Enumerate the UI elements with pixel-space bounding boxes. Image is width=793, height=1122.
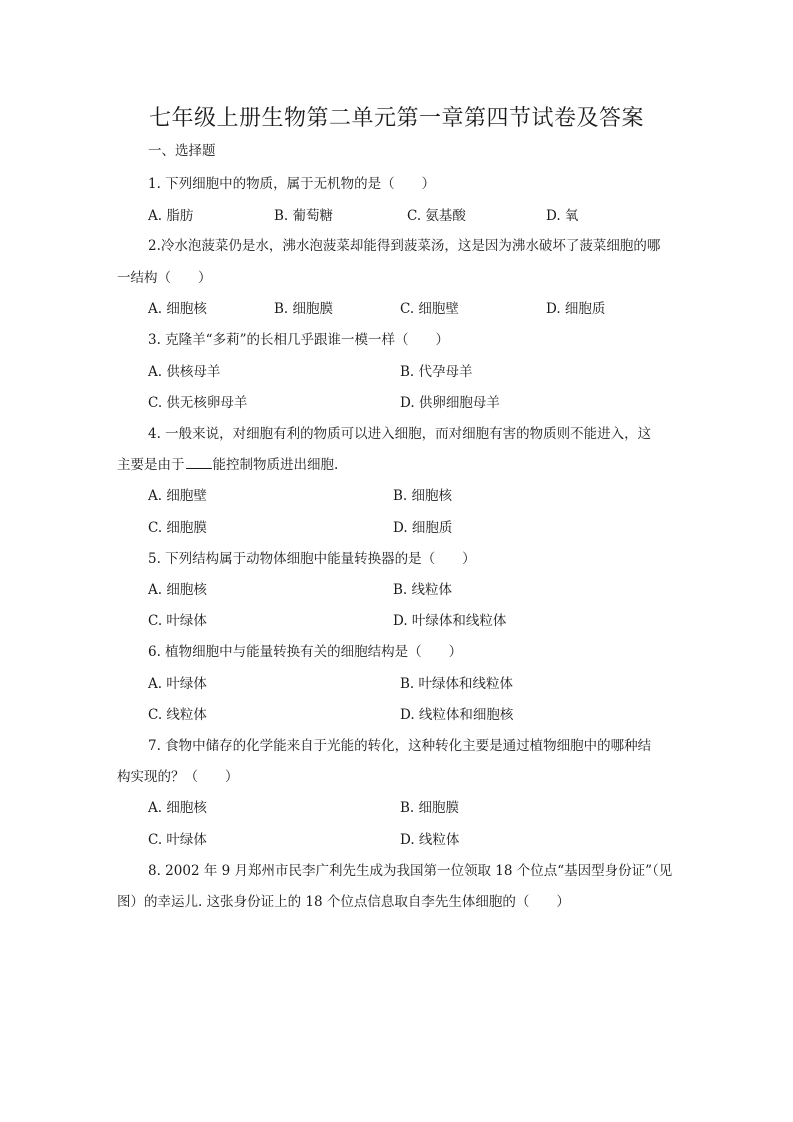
question-8-text-line1: 8. 2002 年 9 月郑州市民李广利先生成为我国第一位领取 18 个位点“基… — [148, 859, 672, 879]
q1-option-b: B. 葡萄糖 — [274, 204, 333, 224]
question-4-text-line1: 4. 一般来说，对细胞有利的物质可以进入细胞，而对细胞有害的物质则不能进入，这 — [148, 422, 651, 442]
q6-option-b: B. 叶绿体和线粒体 — [400, 672, 513, 692]
q2-option-c: C. 细胞壁 — [400, 297, 459, 317]
question-8-text-line2: 图）的幸运儿. 这张身份证上的 18 个位点信息取自李先生体细胞的（ ） — [117, 890, 570, 910]
q7-option-a: A. 细胞核 — [148, 796, 207, 816]
q2-option-d: D. 细胞质 — [546, 297, 605, 317]
q4-option-d: D. 细胞质 — [393, 516, 452, 536]
q6-option-c: C. 线粒体 — [148, 703, 207, 723]
q7-option-b: B. 细胞膜 — [400, 796, 459, 816]
question-7-text-line2: 构实现的？（ ） — [117, 765, 239, 785]
question-4-text-prefix: 主要是由于 — [117, 457, 185, 473]
q4-option-c: C. 细胞膜 — [148, 516, 207, 536]
document-title: 七年级上册生物第二单元第一章第四节试卷及答案 — [0, 101, 793, 132]
q4-option-a: A. 细胞壁 — [148, 484, 207, 504]
question-6-text: 6. 植物细胞中与能量转换有关的细胞结构是（ ） — [148, 640, 462, 660]
question-4-text-suffix: 能控制物质进出细胞. — [213, 457, 339, 473]
q2-option-b: B. 细胞膜 — [274, 297, 333, 317]
q4-option-b: B. 细胞核 — [393, 484, 452, 504]
q3-option-d: D. 供卵细胞母羊 — [400, 391, 500, 411]
question-3-text: 3. 克隆羊“多莉”的长相几乎跟谁一模一样（ ） — [148, 328, 449, 348]
q5-option-b: B. 线粒体 — [393, 578, 452, 598]
question-4-text-line2: 主要是由于能控制物质进出细胞. — [117, 453, 338, 473]
q7-option-c: C. 叶绿体 — [148, 828, 207, 848]
q7-option-d: D. 线粒体 — [400, 828, 459, 848]
q1-option-d: D. 氧 — [546, 204, 578, 224]
fill-in-blank — [186, 456, 212, 469]
q5-option-d: D. 叶绿体和线粒体 — [393, 609, 506, 629]
question-2-text-line1: 2.冷水泡菠菜仍是水，沸水泡菠菜却能得到菠菜汤，这是因为沸水破坏了菠菜细胞的哪 — [148, 234, 660, 254]
question-7-text-line1: 7. 食物中储存的化学能来自于光能的转化，这种转化主要是通过植物细胞中的哪种结 — [148, 734, 651, 754]
section-heading: 一、选择题 — [148, 139, 216, 159]
q1-option-a: A. 脂肪 — [148, 204, 193, 224]
q3-option-b: B. 代孕母羊 — [400, 360, 473, 380]
q5-option-c: C. 叶绿体 — [148, 609, 207, 629]
q6-option-a: A. 叶绿体 — [148, 672, 207, 692]
q3-option-a: A. 供核母羊 — [148, 360, 220, 380]
q6-option-d: D. 线粒体和细胞核 — [400, 703, 513, 723]
question-5-text: 5. 下列结构属于动物体细胞中能量转换器的是（ ） — [148, 547, 476, 567]
q3-option-c: C. 供无核卵母羊 — [148, 391, 247, 411]
q1-option-c: C. 氨基酸 — [407, 204, 466, 224]
q2-option-a: A. 细胞核 — [148, 297, 207, 317]
q5-option-a: A. 细胞核 — [148, 578, 207, 598]
question-2-text-line2: 一结构（ ） — [117, 266, 212, 286]
question-1-text: 1. 下列细胞中的物质，属于无机物的是（ ） — [148, 172, 435, 192]
